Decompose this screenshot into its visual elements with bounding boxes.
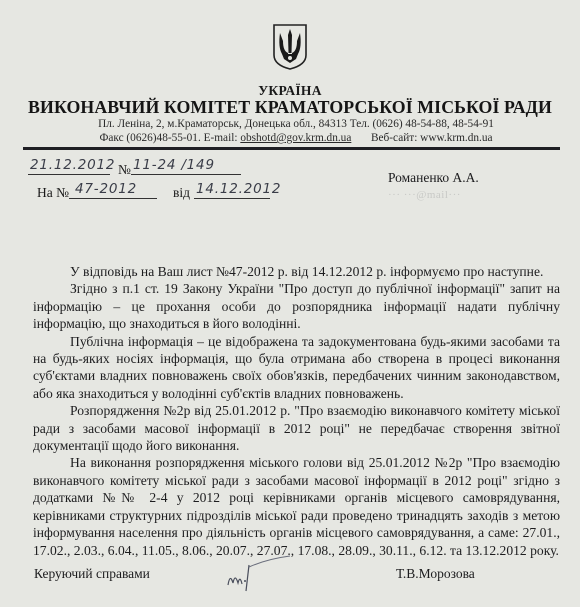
fax-text: Факс (0626)48-55-01. E-mail: [99,132,237,144]
outgoing-date: 21.12.2012 [30,157,115,173]
number-label: № [118,162,131,178]
paragraph-law: Згідно з п.1 ст. 19 Закону України "Про … [33,280,560,332]
address-text: Пл. Леніна, 2, м.Краматорськ, Донецька о… [98,118,494,130]
signatory-name: Т.В.Морозова [396,566,475,582]
organization-heading: ВИКОНАВЧИЙ КОМІТЕТ КРАМАТОРСЬКОЇ МІСЬКОЇ… [0,97,580,118]
trident-coat-of-arms-icon [272,23,308,71]
address-line: Пл. Леніна, 2, м.Краматорськ, Донецька о… [0,118,580,130]
website-text: Веб-сайт: www.krm.dn.ua [371,132,493,144]
letter-body: У відповідь на Ваш лист №47-2012 р. від … [33,263,560,559]
paragraph-public-info: Публічна інформація – це відображена та … [33,333,560,403]
reply-to-date: 14.12.2012 [196,181,281,197]
paragraph-reply: У відповідь на Ваш лист №47-2012 р. від … [33,263,560,280]
official-letter: УКРАЇНА ВИКОНАВЧИЙ КОМІТЕТ КРАМАТОРСЬКОЇ… [0,0,580,607]
recipient-faded-email: ··· ···@mail··· [388,189,461,201]
handwritten-signature-icon [222,553,302,593]
recipient-name: Романенко А.А. [388,170,479,186]
contact-line: Факс (0626)48-55-01. E-mail: obshotd@gov… [0,132,580,144]
reply-to-date-field: 14.12.2012 [194,180,270,199]
signatory-position: Керуючий справами [34,566,150,582]
outgoing-date-field: 21.12.2012 [28,156,110,175]
paragraph-order: Розпорядження №2р від 25.01.2012 р. "Про… [33,402,560,454]
reply-to-label: На № [37,185,69,201]
paragraph-events: На виконання розпорядження міського голо… [33,454,560,558]
header-divider [23,147,560,150]
outgoing-number: 11-24 /149 [133,157,215,173]
outgoing-number-field: 11-24 /149 [131,156,241,175]
email-link[interactable]: obshotd@gov.krm.dn.ua [240,132,351,144]
reply-to-number-field: 47-2012 [69,180,157,199]
from-label: від [173,185,190,201]
reply-to-number: 47-2012 [75,181,137,197]
